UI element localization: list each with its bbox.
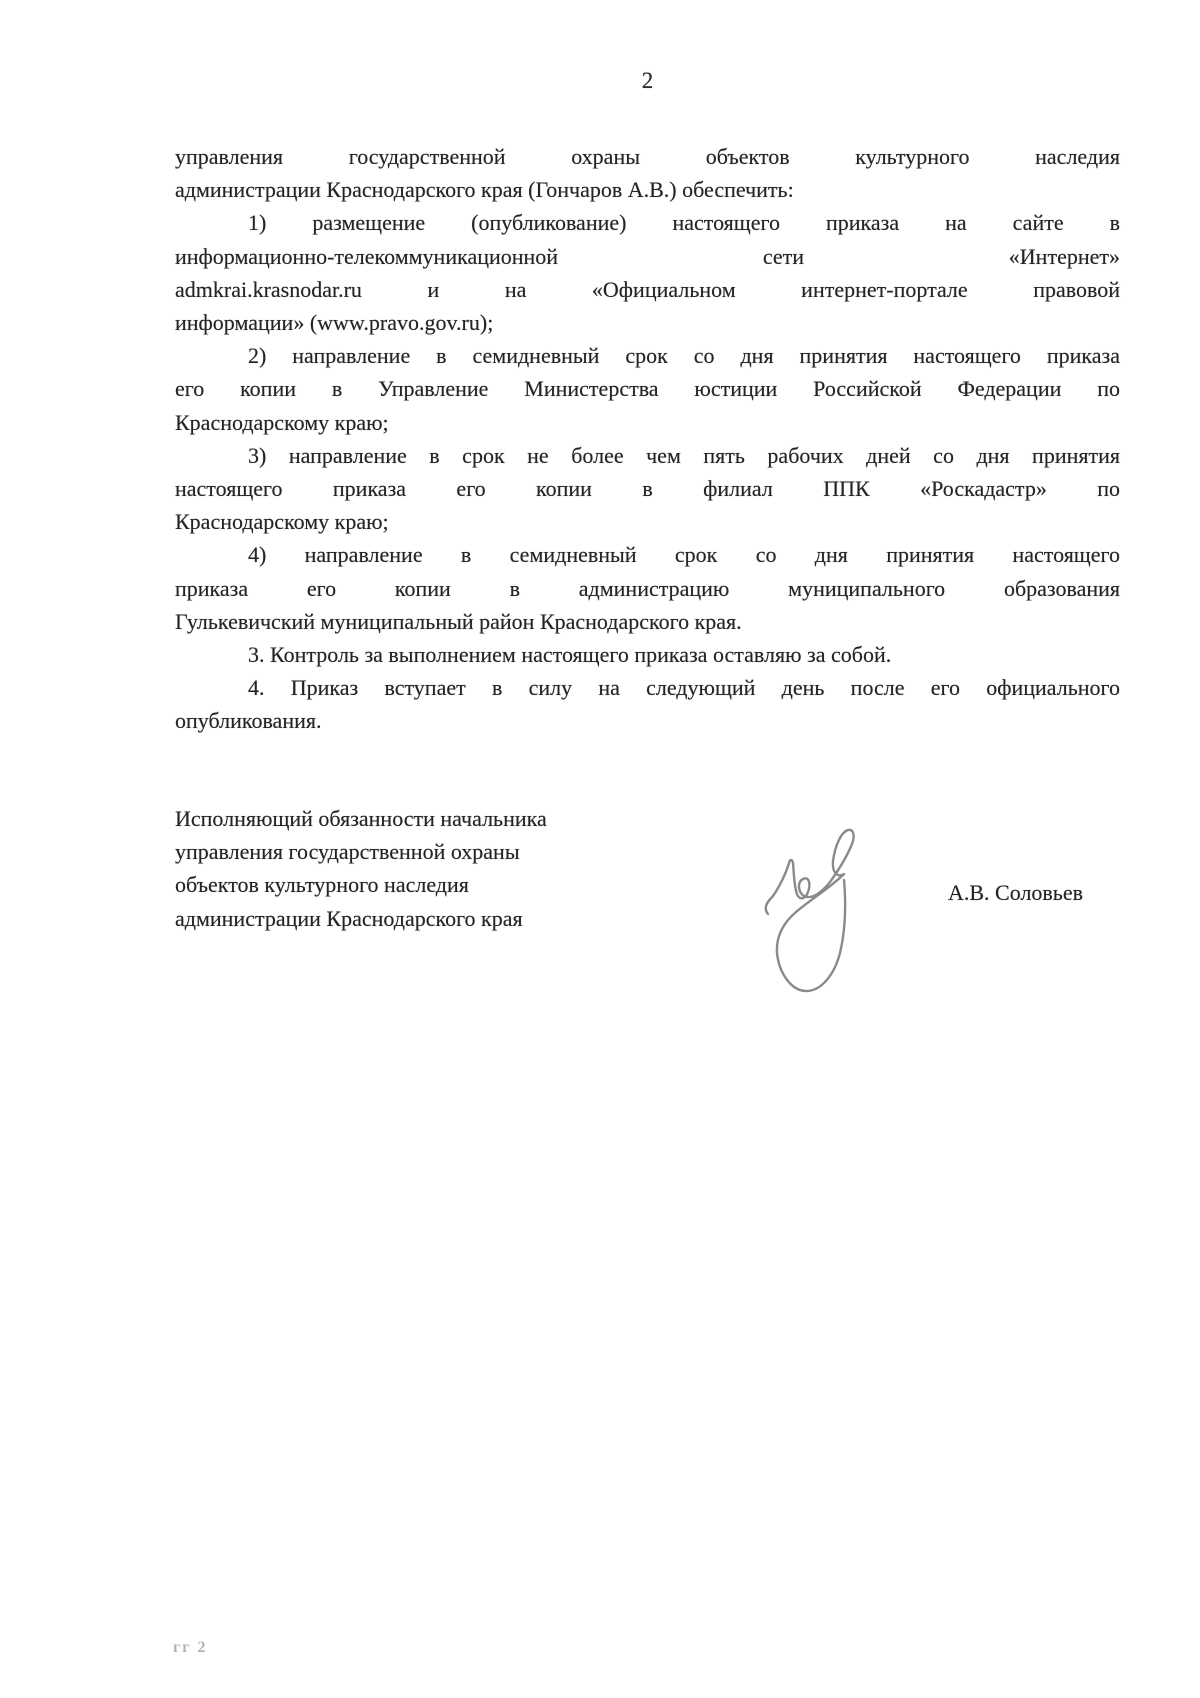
text-line: настоящего приказа его копии в филиал ПП… — [175, 472, 1120, 505]
signature-title-line: Исполняющий обязанности начальника — [175, 802, 735, 835]
signee-name: А.В. Соловьев — [948, 880, 1083, 906]
text-line: управления государственной охраны объект… — [175, 140, 1120, 173]
text-line: Гулькевичский муниципальный район Красно… — [175, 605, 1120, 638]
handwritten-signature-icon — [750, 818, 870, 1003]
text-line: Краснодарскому краю; — [175, 406, 1120, 439]
text-line: информации» (www.pravo.gov.ru); — [175, 306, 1120, 339]
text-line: 3. Контроль за выполнением настоящего пр… — [175, 638, 1120, 671]
document-page: 2 управления государственной охраны объе… — [0, 0, 1200, 1698]
signature-title-line: администрации Краснодарского края — [175, 902, 735, 935]
text-line: информационно-телекоммуникационной сети … — [175, 240, 1120, 273]
text-line: 3) направление в срок не более чем пять … — [175, 439, 1120, 472]
scan-artifact: гг 2 — [173, 1639, 208, 1657]
text-line: 1) размещение (опубликование) настоящего… — [175, 206, 1120, 239]
signature-title-block: Исполняющий обязанности начальникауправл… — [175, 802, 735, 935]
text-line: администрации Краснодарского края (Гонча… — [175, 173, 1120, 206]
signature-title-line: объектов культурного наследия — [175, 868, 735, 901]
document-body: управления государственной охраны объект… — [175, 140, 1120, 738]
text-line: 2) направление в семидневный срок со дня… — [175, 339, 1120, 372]
page-number: 2 — [175, 68, 1120, 94]
text-line: приказа его копии в администрацию муници… — [175, 572, 1120, 605]
text-line: опубликования. — [175, 704, 1120, 737]
text-line: его копии в Управление Министерства юсти… — [175, 372, 1120, 405]
text-line: admkrai.krasnodar.ru и на «Официальном и… — [175, 273, 1120, 306]
text-line: 4) направление в семидневный срок со дня… — [175, 538, 1120, 571]
signature-title-line: управления государственной охраны — [175, 835, 735, 868]
text-line: Краснодарскому краю; — [175, 505, 1120, 538]
text-line: 4. Приказ вступает в силу на следующий д… — [175, 671, 1120, 704]
